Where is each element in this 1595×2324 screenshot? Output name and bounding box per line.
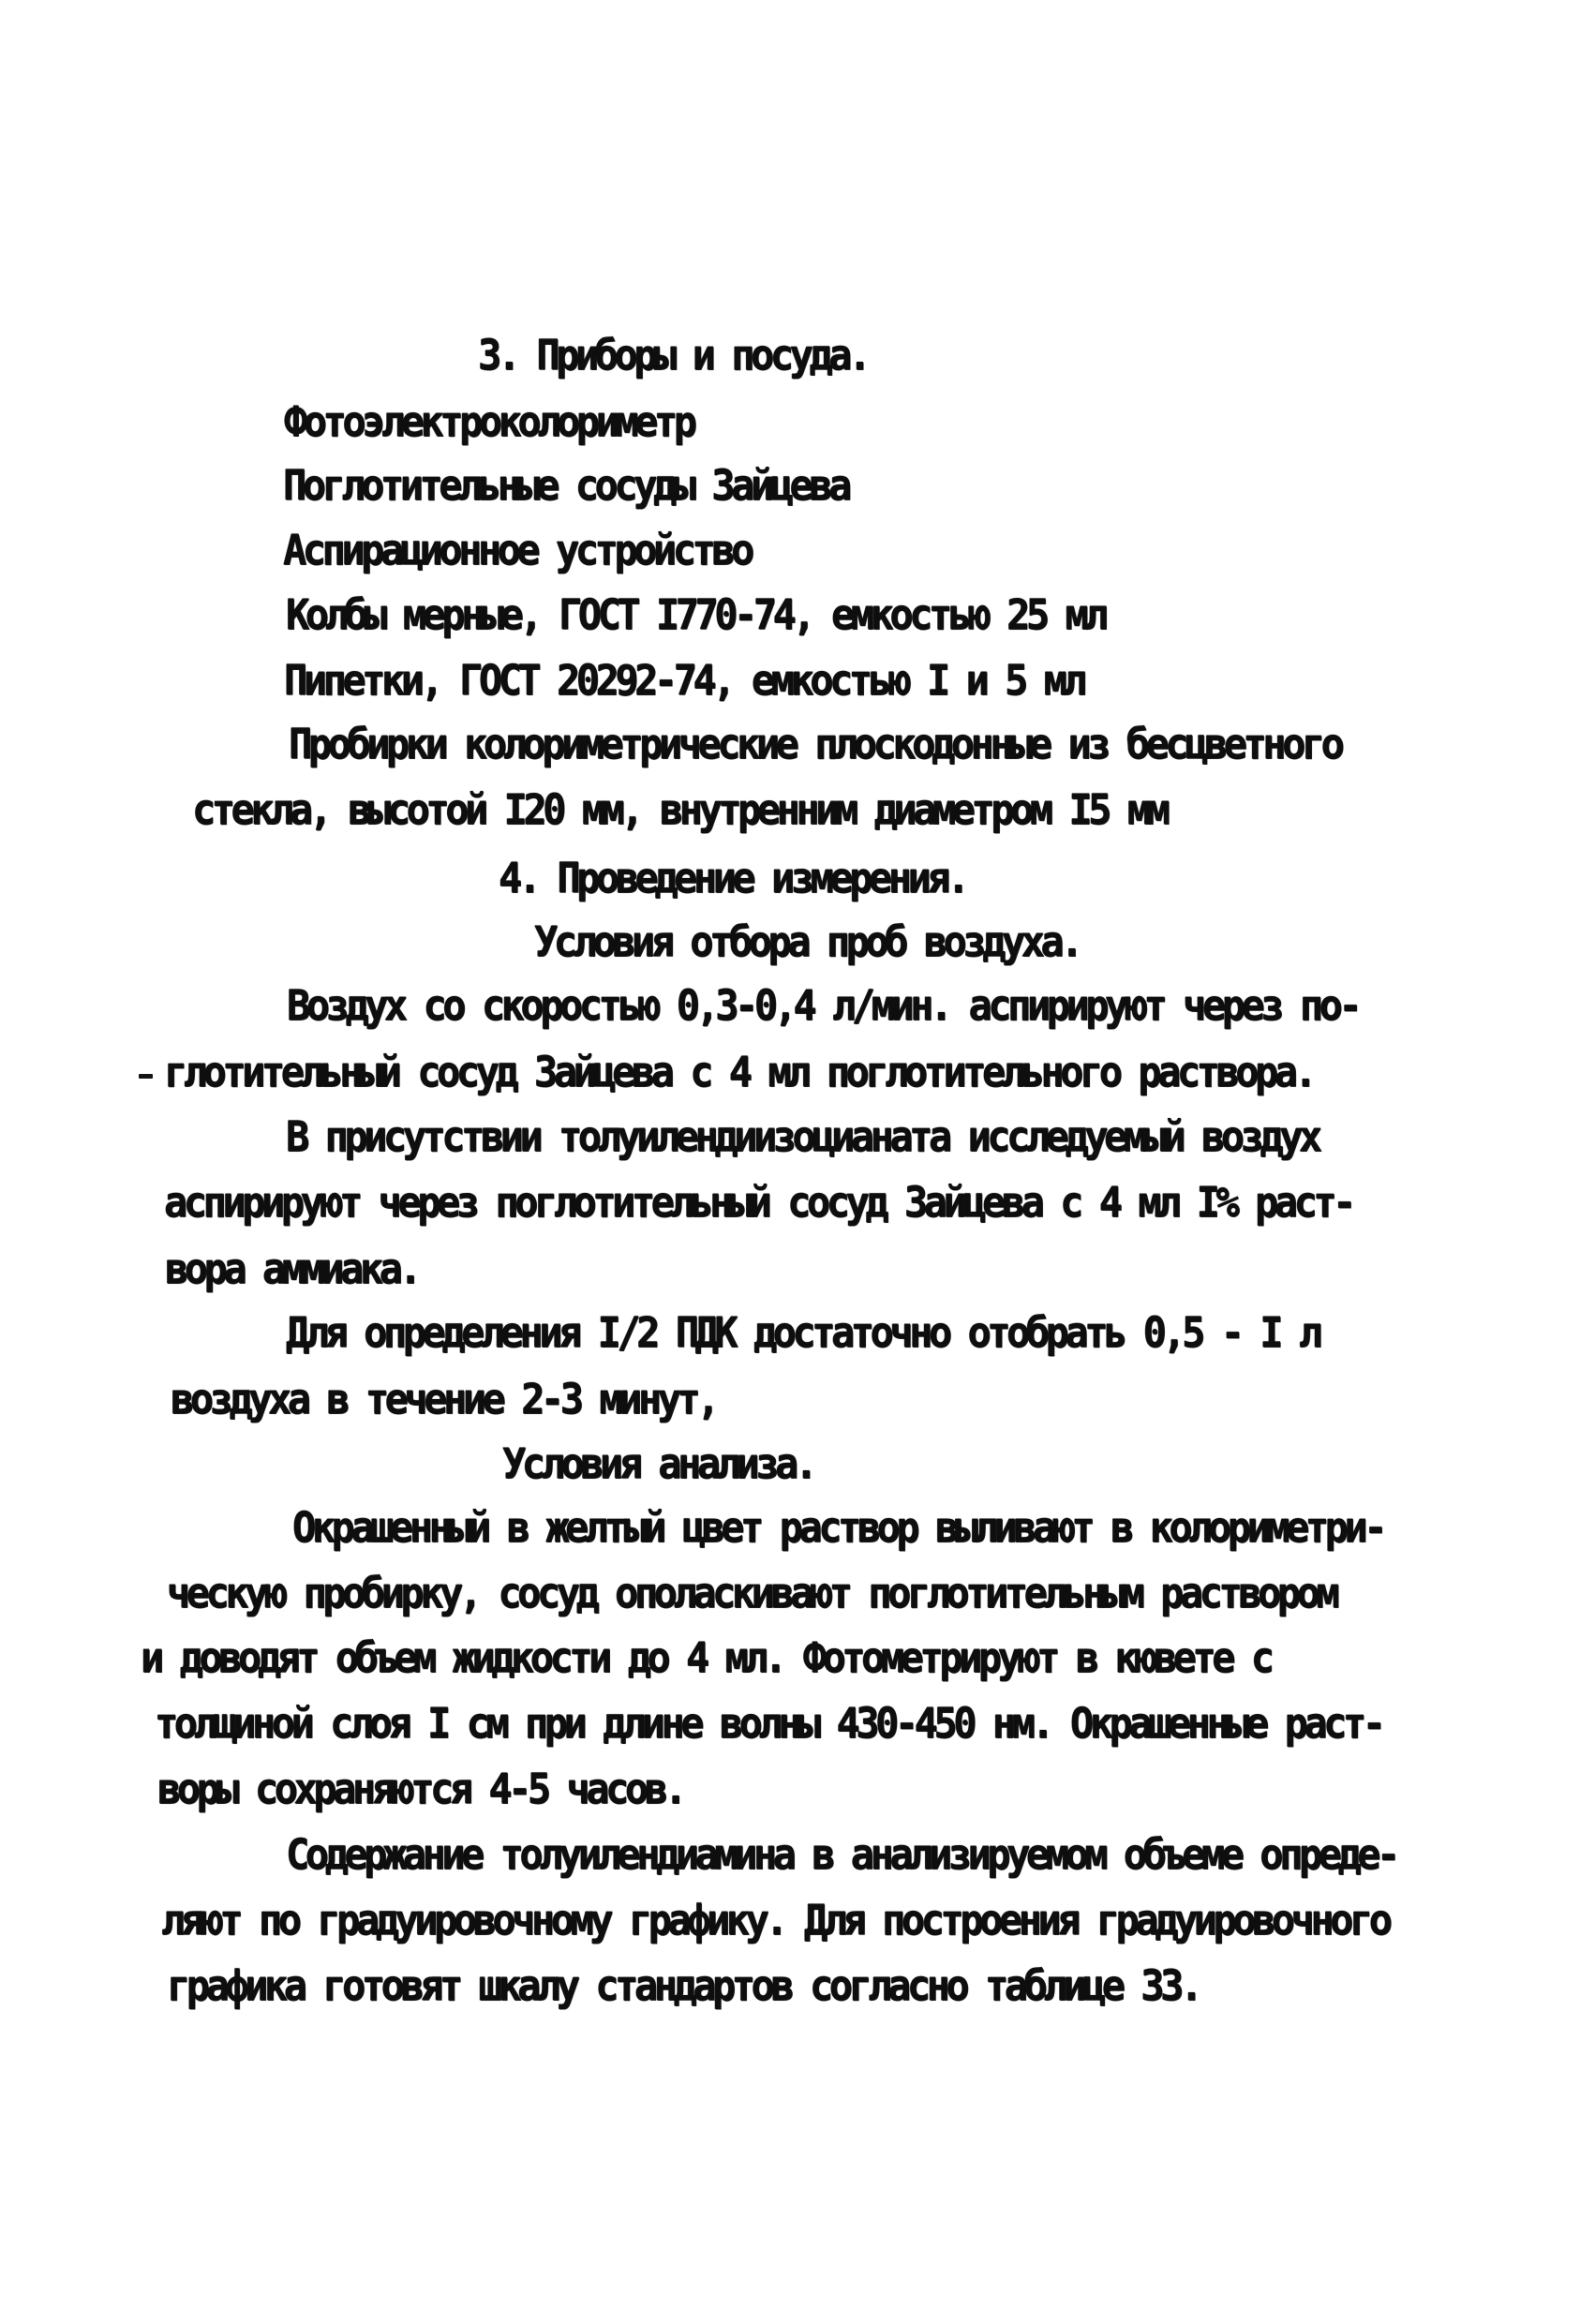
text-line: Колбы мерные, ГОСТ I770-74, емкостью 25 … xyxy=(286,594,1104,636)
text-line: Пипетки, ГОСТ 20292-74, емкостью I и 5 м… xyxy=(284,660,1082,702)
section-heading: 4. Проведение измерения. xyxy=(499,857,966,900)
text-line: графика готовят шкалу стандартов согласн… xyxy=(167,1965,1200,2007)
text-line: Аспирационное устройство xyxy=(283,529,751,572)
text-line: воры сохраняются 4-5 часов. xyxy=(157,1768,683,1810)
text-line: Для определения I/2 ПДК достаточно отобр… xyxy=(286,1312,1319,1354)
text-line: Фотоэлектроколориметр xyxy=(284,401,693,443)
text-line: и доводят объем жидкости до 4 мл. Фотоме… xyxy=(141,1637,1271,1679)
scanned-page: 3. Приборы и посуда.Фотоэлектроколоримет… xyxy=(0,0,1595,2324)
text-line: глотительный сосуд Зайцева с 4 мл поглот… xyxy=(164,1051,1313,1094)
text-line: толщиной слоя I см при длине волны 430-4… xyxy=(155,1703,1382,1745)
text-line: вора аммиака. xyxy=(165,1248,418,1290)
text-line: Содержание толуилендиамина в анализируем… xyxy=(286,1834,1396,1876)
subheading: Условия анализа. xyxy=(502,1443,814,1485)
text-line: Воздух со скоростью 0,3-0,4 л/мин. аспир… xyxy=(287,985,1358,1027)
text-line: ческую пробирку, сосуд ополаскивают погл… xyxy=(167,1572,1335,1615)
text-line: Пробирки колориметрические плоскодонные … xyxy=(289,723,1340,766)
subheading: Условия отбора проб воздуха. xyxy=(534,921,1080,963)
text-line: аспирируют через поглотительный сосуд За… xyxy=(164,1182,1352,1224)
section-heading: 3. Приборы и посуда. xyxy=(478,335,868,377)
text-line: стекла, высотой I20 мм, внутренним диаме… xyxy=(192,789,1166,831)
text-line: В присутствии толуилендиизоцианата иссле… xyxy=(286,1116,1319,1158)
text-line: Окрашенный в желтый цвет раствор выливаю… xyxy=(292,1507,1383,1549)
text-line: Поглотительные сосуды Зайцева xyxy=(283,465,848,507)
text-line: воздуха в течение 2-3 минут, xyxy=(171,1378,716,1421)
text-line: ляют по градуировочному графику. Для пос… xyxy=(161,1899,1389,1942)
ink-speck xyxy=(139,1074,153,1079)
